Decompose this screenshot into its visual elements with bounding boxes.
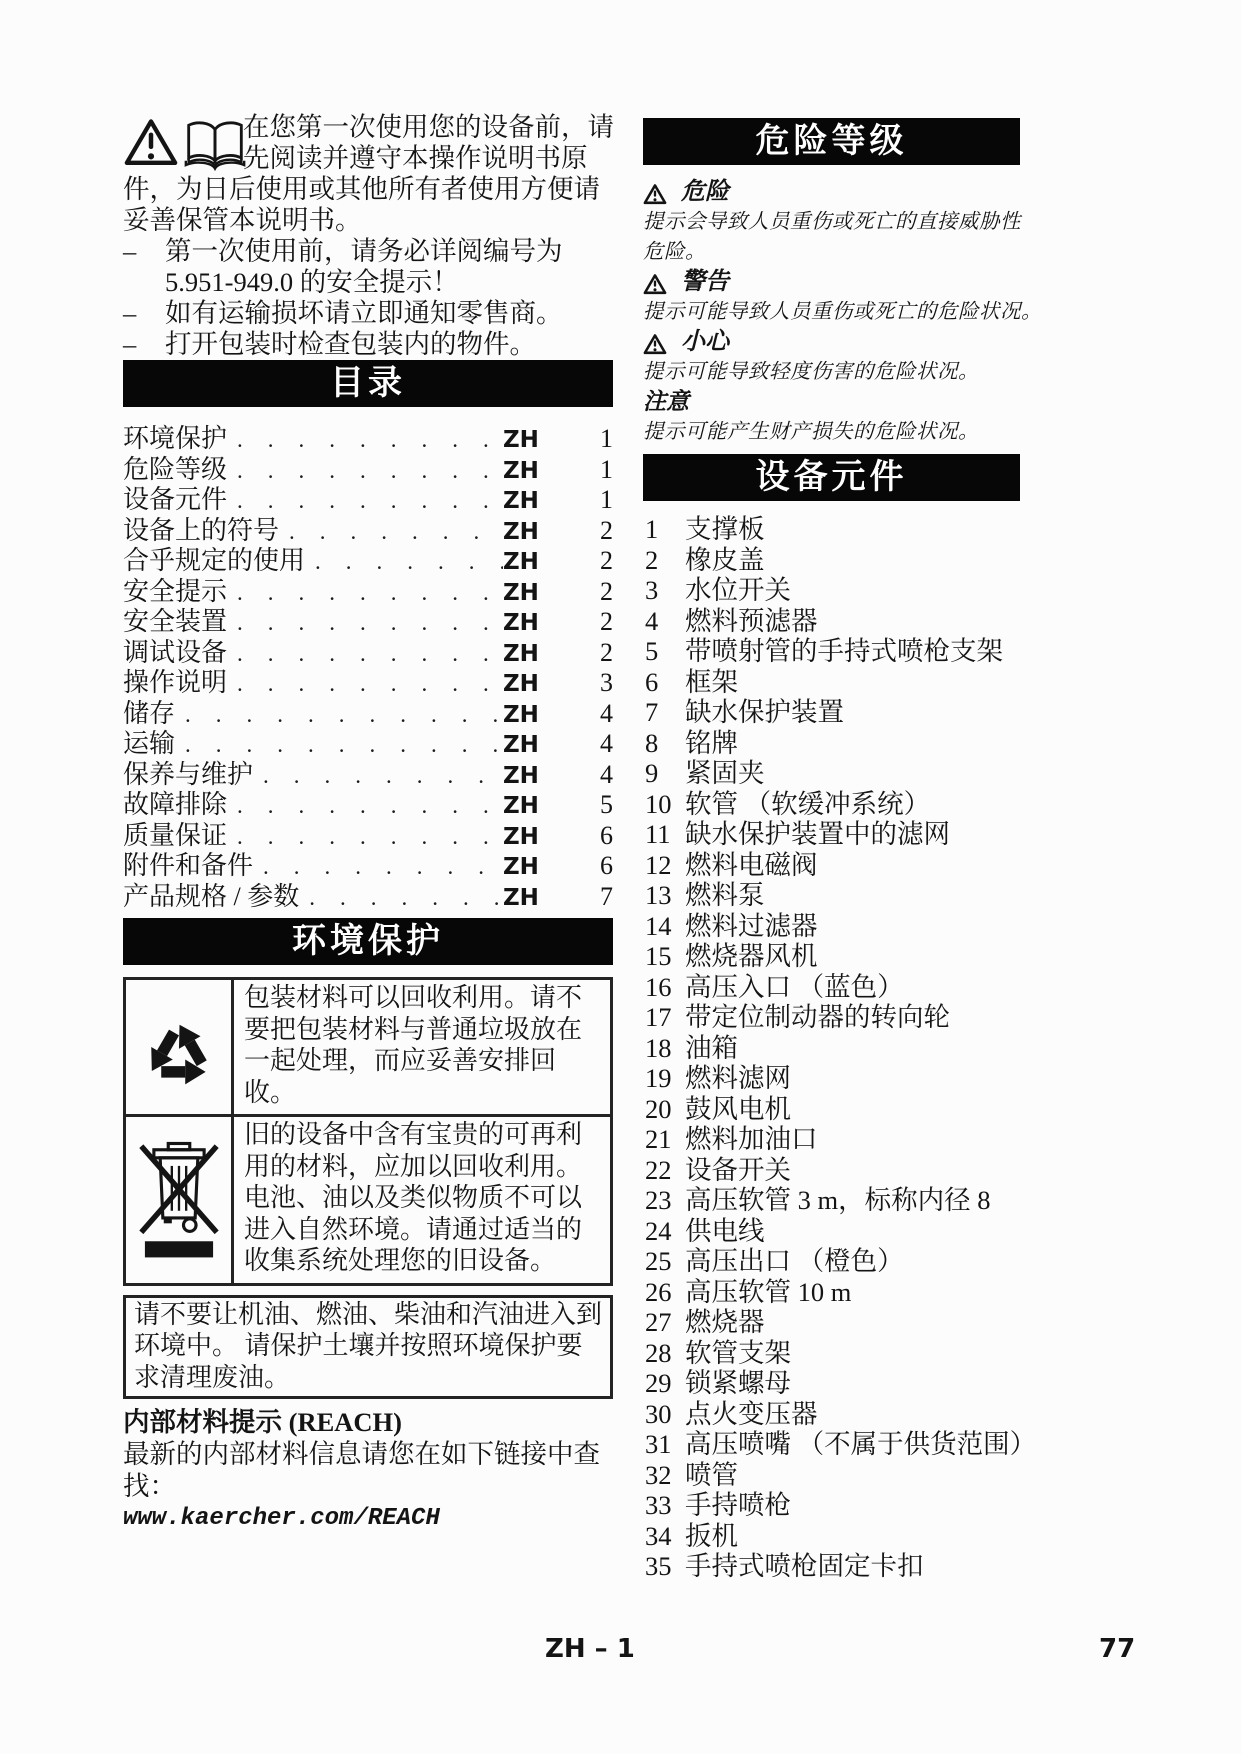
device-list-item: 28 软管支架: [643, 1338, 1020, 1369]
environment-table: 包装材料可以回收利用。请不要把包装材料与普通垃圾放在一起处理，而应妥善安排回收。: [123, 977, 613, 1286]
hazard-level-label: 警告: [681, 267, 729, 297]
device-list-item: 34 扳机: [643, 1521, 1020, 1552]
toc-row: 产品规格 / 参数 ................... ZH 7: [123, 882, 613, 913]
device-list-item: 14 燃料过滤器: [643, 911, 1020, 942]
toc-entry-lang: ZH: [503, 517, 561, 548]
toc-entry-lang: ZH: [503, 578, 561, 609]
open-book-icon: [183, 114, 247, 172]
device-item-number: 20: [643, 1094, 685, 1125]
device-item-number: 3: [643, 575, 685, 606]
toc-entry-lang: ZH: [503, 547, 561, 578]
device-list-item: 15 燃烧器风机: [643, 941, 1020, 972]
manual-page: 在您第一次使用您的设备前，请 先阅读并遵守本操作说明书原 件，为日后使用或其他所…: [0, 0, 1241, 1754]
intro-section: 在您第一次使用您的设备前，请 先阅读并遵守本操作说明书原 件，为日后使用或其他所…: [123, 112, 613, 360]
device-section-header: 设备元件: [643, 454, 1020, 501]
toc-entry-label: 危险等级: [123, 455, 227, 486]
device-item-label: 喷管: [685, 1460, 738, 1491]
device-item-label: 高压软管 3 m，标称内径 8: [685, 1185, 991, 1216]
toc-entry-label: 操作说明: [123, 668, 227, 699]
device-list-item: 24 供电线: [643, 1216, 1020, 1247]
hazard-level-desc: 提示可能导致人员重伤或死亡的危险状况。: [643, 297, 1020, 327]
device-item-label: 燃料预滤器: [685, 606, 818, 637]
hazard-section-header: 危险等级: [643, 118, 1020, 165]
device-item-label: 燃烧器风机: [685, 941, 818, 972]
reach-heading: 内部材料提示 (REACH): [123, 1406, 613, 1438]
device-list-item: 30 点火变压器: [643, 1399, 1020, 1430]
device-item-label: 铭牌: [685, 728, 738, 759]
hazard-level-desc: 提示可能产生财产损失的危险状况。: [643, 417, 1020, 447]
toc-entry-lang: ZH: [503, 761, 561, 792]
device-item-number: 12: [643, 850, 685, 881]
device-list-item: 31 高压喷嘴 （不属于供货范围）: [643, 1429, 1020, 1460]
device-list-item: 20 鼓风电机: [643, 1094, 1020, 1125]
toc-entry-lang: ZH: [503, 486, 561, 517]
device-item-number: 8: [643, 728, 685, 759]
weee-crossed-bin-icon: [134, 1139, 224, 1261]
toc-entry-label: 安全提示: [123, 577, 227, 608]
toc-entry-lang: ZH: [503, 852, 561, 883]
device-item-number: 28: [643, 1338, 685, 1369]
device-item-number: 25: [643, 1246, 685, 1277]
device-item-number: 29: [643, 1368, 685, 1399]
hazard-level-notice: 注意: [643, 387, 1020, 417]
device-list-item: 35 手持式喷枪固定卡扣: [643, 1551, 1020, 1582]
environment-row-packaging: 包装材料可以回收利用。请不要把包装材料与普通垃圾放在一起处理，而应妥善安排回收。: [126, 980, 610, 1114]
toc-entry-label: 运输: [123, 729, 175, 760]
intro-bullet: – 如有运输损坏请立即通知零售商。: [123, 298, 613, 329]
hazard-level-label: 小心: [681, 327, 729, 357]
toc-row: 安全提示 ................... ZH 2: [123, 577, 613, 608]
device-list-item: 3 水位开关: [643, 575, 1020, 606]
device-item-label: 锁紧螺母: [685, 1368, 791, 1399]
toc-dot-leader: ...................: [227, 669, 503, 700]
right-column: 危险等级 危险 提示会导致人员重伤或死亡的直接威胁性 危险。 警告 提示可能导致…: [643, 118, 1020, 1582]
device-list-item: 18 油箱: [643, 1033, 1020, 1064]
device-item-label: 燃料过滤器: [685, 911, 818, 942]
device-list-item: 33 手持喷枪: [643, 1490, 1020, 1521]
reach-link[interactable]: www.kaercher.com/REACH: [123, 1502, 613, 1536]
hazard-title: 危险等级: [756, 123, 908, 160]
device-item-label: 缺水保护装置: [685, 697, 844, 728]
environment-row-text: 包装材料可以回收利用。请不要把包装材料与普通垃圾放在一起处理，而应妥善安排回收。: [234, 980, 610, 1114]
toc-row: 操作说明 ................... ZH 3: [123, 668, 613, 699]
toc-row: 环境保护 ................... ZH 1: [123, 424, 613, 455]
toc-entry-label: 产品规格 / 参数: [123, 882, 299, 913]
device-item-number: 5: [643, 636, 685, 667]
device-list-item: 25 高压出口 （橙色）: [643, 1246, 1020, 1277]
environment-row-disposal: 旧的设备中含有宝贵的可再利用的材料，应加以回收利用。电池、油以及类似物质不可以进…: [126, 1114, 610, 1283]
hazard-level-caution: 小心: [643, 327, 1020, 357]
device-item-number: 18: [643, 1033, 685, 1064]
device-list-item: 5 带喷射管的手持式喷枪支架: [643, 636, 1020, 667]
device-list-item: 29 锁紧螺母: [643, 1368, 1020, 1399]
toc-entry-page: 1: [561, 455, 613, 486]
device-item-label: 油箱: [685, 1033, 738, 1064]
toc-dot-leader: ...................: [227, 578, 503, 609]
device-item-label: 带喷射管的手持式喷枪支架: [685, 636, 1003, 667]
device-item-label: 高压入口 （蓝色）: [685, 972, 904, 1003]
toc-section-header: 目录: [123, 360, 613, 407]
intro-bullet: – 打开包装时检查包装内的物件。: [123, 329, 613, 360]
device-item-number: 7: [643, 697, 685, 728]
toc-entry-label: 合乎规定的使用: [123, 546, 305, 577]
device-item-label: 鼓风电机: [685, 1094, 791, 1125]
device-list-item: 23 高压软管 3 m，标称内径 8: [643, 1185, 1020, 1216]
hazard-level-label: 危险: [681, 177, 729, 207]
device-item-label: 支撑板: [685, 514, 765, 545]
toc-entry-lang: ZH: [503, 730, 561, 761]
device-list-item: 19 燃料滤网: [643, 1063, 1020, 1094]
device-item-number: 17: [643, 1002, 685, 1033]
device-item-number: 23: [643, 1185, 685, 1216]
warning-triangle-icon: [643, 270, 681, 295]
device-item-label: 框架: [685, 667, 738, 698]
device-list-item: 27 燃烧器: [643, 1307, 1020, 1338]
device-item-number: 10: [643, 789, 685, 820]
device-item-number: 22: [643, 1155, 685, 1186]
toc-entry-label: 环境保护: [123, 424, 227, 455]
device-item-number: 16: [643, 972, 685, 1003]
device-item-number: 9: [643, 758, 685, 789]
device-list-item: 32 喷管: [643, 1460, 1020, 1491]
toc-entry-label: 安全装置: [123, 607, 227, 638]
footer-page-code: ZH – 1: [545, 1634, 635, 1664]
toc-entry-label: 保养与维护: [123, 760, 253, 791]
toc-entry-page: 2: [561, 577, 613, 608]
device-title: 设备元件: [756, 459, 908, 496]
recycle-icon: [133, 999, 225, 1095]
toc-row: 调试设备 ................... ZH 2: [123, 638, 613, 669]
device-list-item: 21 燃料加油口: [643, 1124, 1020, 1155]
device-item-label: 扳机: [685, 1521, 738, 1552]
toc-entry-label: 故障排除: [123, 790, 227, 821]
toc-entry-lang: ZH: [503, 456, 561, 487]
hazard-level-danger: 危险: [643, 177, 1020, 207]
toc-entry-lang: ZH: [503, 791, 561, 822]
device-item-label: 缺水保护装置中的滤网: [685, 819, 950, 850]
toc-entry-page: 6: [561, 821, 613, 852]
device-item-label: 燃料电磁阀: [685, 850, 818, 881]
toc-dot-leader: ...................: [227, 639, 503, 670]
environment-section-header: 环境保护: [123, 918, 613, 965]
toc-entry-lang: ZH: [503, 822, 561, 853]
toc-dot-leader: ...................: [253, 852, 503, 883]
intro-text-line: 件，为日后使用或其他所有者使用方便请: [123, 174, 613, 205]
toc-entry-label: 设备上的符号: [123, 516, 279, 547]
toc-entry-page: 2: [561, 516, 613, 547]
environment-title: 环境保护: [292, 923, 444, 960]
device-item-number: 14: [643, 911, 685, 942]
device-item-number: 1: [643, 514, 685, 545]
toc-dot-leader: ...................: [227, 425, 503, 456]
reach-text: 最新的内部材料信息请您在如下链接中查找：: [123, 1438, 613, 1502]
device-item-label: 手持喷枪: [685, 1490, 791, 1521]
footer-page-number: 77: [1099, 1634, 1135, 1664]
hazard-levels: 危险 提示会导致人员重伤或死亡的直接威胁性 危险。 警告 提示可能导致人员重伤或…: [643, 177, 1020, 447]
environment-row-text: 旧的设备中含有宝贵的可再利用的材料，应加以回收利用。电池、油以及类似物质不可以进…: [234, 1117, 610, 1283]
device-list-item: 4 燃料预滤器: [643, 606, 1020, 637]
toc-entry-label: 附件和备件: [123, 851, 253, 882]
device-item-label: 带定位制动器的转向轮: [685, 1002, 950, 1033]
warning-triangle-icon: [123, 118, 179, 168]
toc-dot-leader: ...................: [175, 730, 503, 761]
toc-entry-lang: ZH: [503, 425, 561, 456]
device-list-item: 22 设备开关: [643, 1155, 1020, 1186]
hazard-level-warning: 警告: [643, 267, 1020, 297]
device-list-item: 26 高压软管 10 m: [643, 1277, 1020, 1308]
toc-entry-label: 设备元件: [123, 485, 227, 516]
device-list-item: 6 框架: [643, 667, 1020, 698]
device-item-label: 高压喷嘴 （不属于供货范围）: [685, 1429, 1036, 1460]
toc-entry-label: 储存: [123, 699, 175, 730]
device-item-number: 4: [643, 606, 685, 637]
device-item-number: 11: [643, 819, 685, 850]
toc-entry-page: 2: [561, 638, 613, 669]
device-list-item: 16 高压入口 （蓝色）: [643, 972, 1020, 1003]
environment-note-box: 请不要让机油、燃油、柴油和汽油进入到环境中。 请保护土壤并按照环境保护要求清理废…: [123, 1295, 613, 1400]
device-list-item: 1 支撑板: [643, 514, 1020, 545]
toc-row: 运输 ................... ZH 4: [123, 729, 613, 760]
toc-dot-leader: ...................: [227, 456, 503, 487]
toc-entry-page: 4: [561, 729, 613, 760]
device-list-item: 10 软管 （软缓冲系统）: [643, 789, 1020, 820]
toc-dot-leader: ...................: [227, 608, 503, 639]
device-item-label: 设备开关: [685, 1155, 791, 1186]
toc-row: 储存 ................... ZH 4: [123, 699, 613, 730]
table-of-contents: 环境保护 ................... ZH 1 危险等级 .....…: [123, 424, 613, 912]
toc-dot-leader: ...................: [253, 761, 503, 792]
toc-row: 质量保证 ................... ZH 6: [123, 821, 613, 852]
toc-row: 安全装置 ................... ZH 2: [123, 607, 613, 638]
device-item-number: 24: [643, 1216, 685, 1247]
device-item-number: 13: [643, 880, 685, 911]
device-list-item: 12 燃料电磁阀: [643, 850, 1020, 881]
hazard-level-desc: 提示可能导致轻度伤害的危险状况。: [643, 357, 1020, 387]
hazard-level-desc: 提示会导致人员重伤或死亡的直接威胁性: [643, 207, 1020, 237]
device-item-number: 33: [643, 1490, 685, 1521]
toc-dot-leader: ...................: [279, 517, 503, 548]
device-item-label: 紧固夹: [685, 758, 765, 789]
device-item-number: 27: [643, 1307, 685, 1338]
device-item-number: 35: [643, 1551, 685, 1582]
hazard-level-desc: 危险。: [643, 237, 1020, 267]
warning-triangle-icon: [643, 330, 681, 355]
device-item-number: 31: [643, 1429, 685, 1460]
device-item-number: 26: [643, 1277, 685, 1308]
device-element-list: 1 支撑板 2 橡皮盖 3 水位开关 4 燃料预滤器: [643, 514, 1020, 1582]
intro-bullet: – 第一次使用前，请务必详阅编号为 5.951-949.0 的安全提示！: [123, 236, 613, 298]
toc-entry-lang: ZH: [503, 608, 561, 639]
device-list-item: 9 紧固夹: [643, 758, 1020, 789]
device-item-number: 30: [643, 1399, 685, 1430]
bullet-text: 5.951-949.0 的安全提示！: [165, 267, 563, 298]
toc-entry-lang: ZH: [503, 669, 561, 700]
bullet-text: 如有运输损坏请立即通知零售商。: [165, 298, 563, 329]
toc-entry-lang: ZH: [503, 639, 561, 670]
toc-dot-leader: ...................: [227, 791, 503, 822]
device-item-label: 燃料滤网: [685, 1063, 791, 1094]
device-item-label: 高压出口 （橙色）: [685, 1246, 904, 1277]
toc-dot-leader: ...................: [305, 547, 503, 578]
toc-entry-page: 3: [561, 668, 613, 699]
toc-entry-page: 4: [561, 760, 613, 791]
toc-dot-leader: ...................: [227, 822, 503, 853]
toc-entry-page: 1: [561, 424, 613, 455]
device-item-number: 6: [643, 667, 685, 698]
toc-row: 附件和备件 ................... ZH 6: [123, 851, 613, 882]
device-item-label: 燃料泵: [685, 880, 765, 911]
toc-title: 目录: [330, 365, 406, 402]
device-item-number: 21: [643, 1124, 685, 1155]
device-item-label: 点火变压器: [685, 1399, 818, 1430]
device-item-label: 手持式喷枪固定卡扣: [685, 1551, 924, 1582]
device-item-label: 水位开关: [685, 575, 791, 606]
toc-dot-leader: ...................: [227, 486, 503, 517]
device-item-number: 2: [643, 545, 685, 576]
warning-triangle-icon: [643, 180, 681, 205]
toc-dot-leader: ...................: [175, 700, 503, 731]
toc-row: 危险等级 ................... ZH 1: [123, 455, 613, 486]
intro-text-line: 妥善保管本说明书。: [123, 205, 613, 236]
toc-dot-leader: ...................: [299, 883, 503, 914]
device-item-number: 32: [643, 1460, 685, 1491]
device-list-item: 7 缺水保护装置: [643, 697, 1020, 728]
bullet-text: 第一次使用前，请务必详阅编号为: [165, 236, 563, 267]
hazard-level-label: 注意: [643, 387, 689, 417]
device-list-item: 8 铭牌: [643, 728, 1020, 759]
device-list-item: 17 带定位制动器的转向轮: [643, 1002, 1020, 1033]
device-list-item: 11 缺水保护装置中的滤网: [643, 819, 1020, 850]
toc-entry-page: 2: [561, 546, 613, 577]
toc-entry-page: 4: [561, 699, 613, 730]
toc-row: 设备上的符号 ................... ZH 2: [123, 516, 613, 547]
toc-row: 故障排除 ................... ZH 5: [123, 790, 613, 821]
toc-entry-page: 5: [561, 790, 613, 821]
device-item-label: 燃料加油口: [685, 1124, 818, 1155]
device-item-number: 34: [643, 1521, 685, 1552]
toc-entry-page: 1: [561, 485, 613, 516]
toc-entry-page: 2: [561, 607, 613, 638]
device-list-item: 2 橡皮盖: [643, 545, 1020, 576]
toc-entry-label: 调试设备: [123, 638, 227, 669]
device-item-label: 高压软管 10 m: [685, 1277, 851, 1308]
device-item-label: 燃烧器: [685, 1307, 765, 1338]
device-item-number: 15: [643, 941, 685, 972]
toc-entry-page: 6: [561, 851, 613, 882]
toc-row: 设备元件 ................... ZH 1: [123, 485, 613, 516]
bullet-dash: –: [123, 236, 165, 298]
device-item-label: 软管支架: [685, 1338, 791, 1369]
bullet-text: 打开包装时检查包装内的物件。: [165, 329, 536, 360]
bullet-dash: –: [123, 298, 165, 329]
toc-entry-label: 质量保证: [123, 821, 227, 852]
toc-row: 合乎规定的使用 ................... ZH 2: [123, 546, 613, 577]
toc-row: 保养与维护 ................... ZH 4: [123, 760, 613, 791]
device-item-number: 19: [643, 1063, 685, 1094]
left-column: 在您第一次使用您的设备前，请 先阅读并遵守本操作说明书原 件，为日后使用或其他所…: [123, 112, 613, 1536]
toc-entry-lang: ZH: [503, 700, 561, 731]
toc-entry-page: 7: [561, 882, 613, 913]
bullet-dash: –: [123, 329, 165, 360]
device-list-item: 13 燃料泵: [643, 880, 1020, 911]
device-item-label: 软管 （软缓冲系统）: [685, 789, 930, 820]
device-item-label: 供电线: [685, 1216, 765, 1247]
toc-entry-lang: ZH: [503, 883, 561, 914]
device-item-label: 橡皮盖: [685, 545, 765, 576]
